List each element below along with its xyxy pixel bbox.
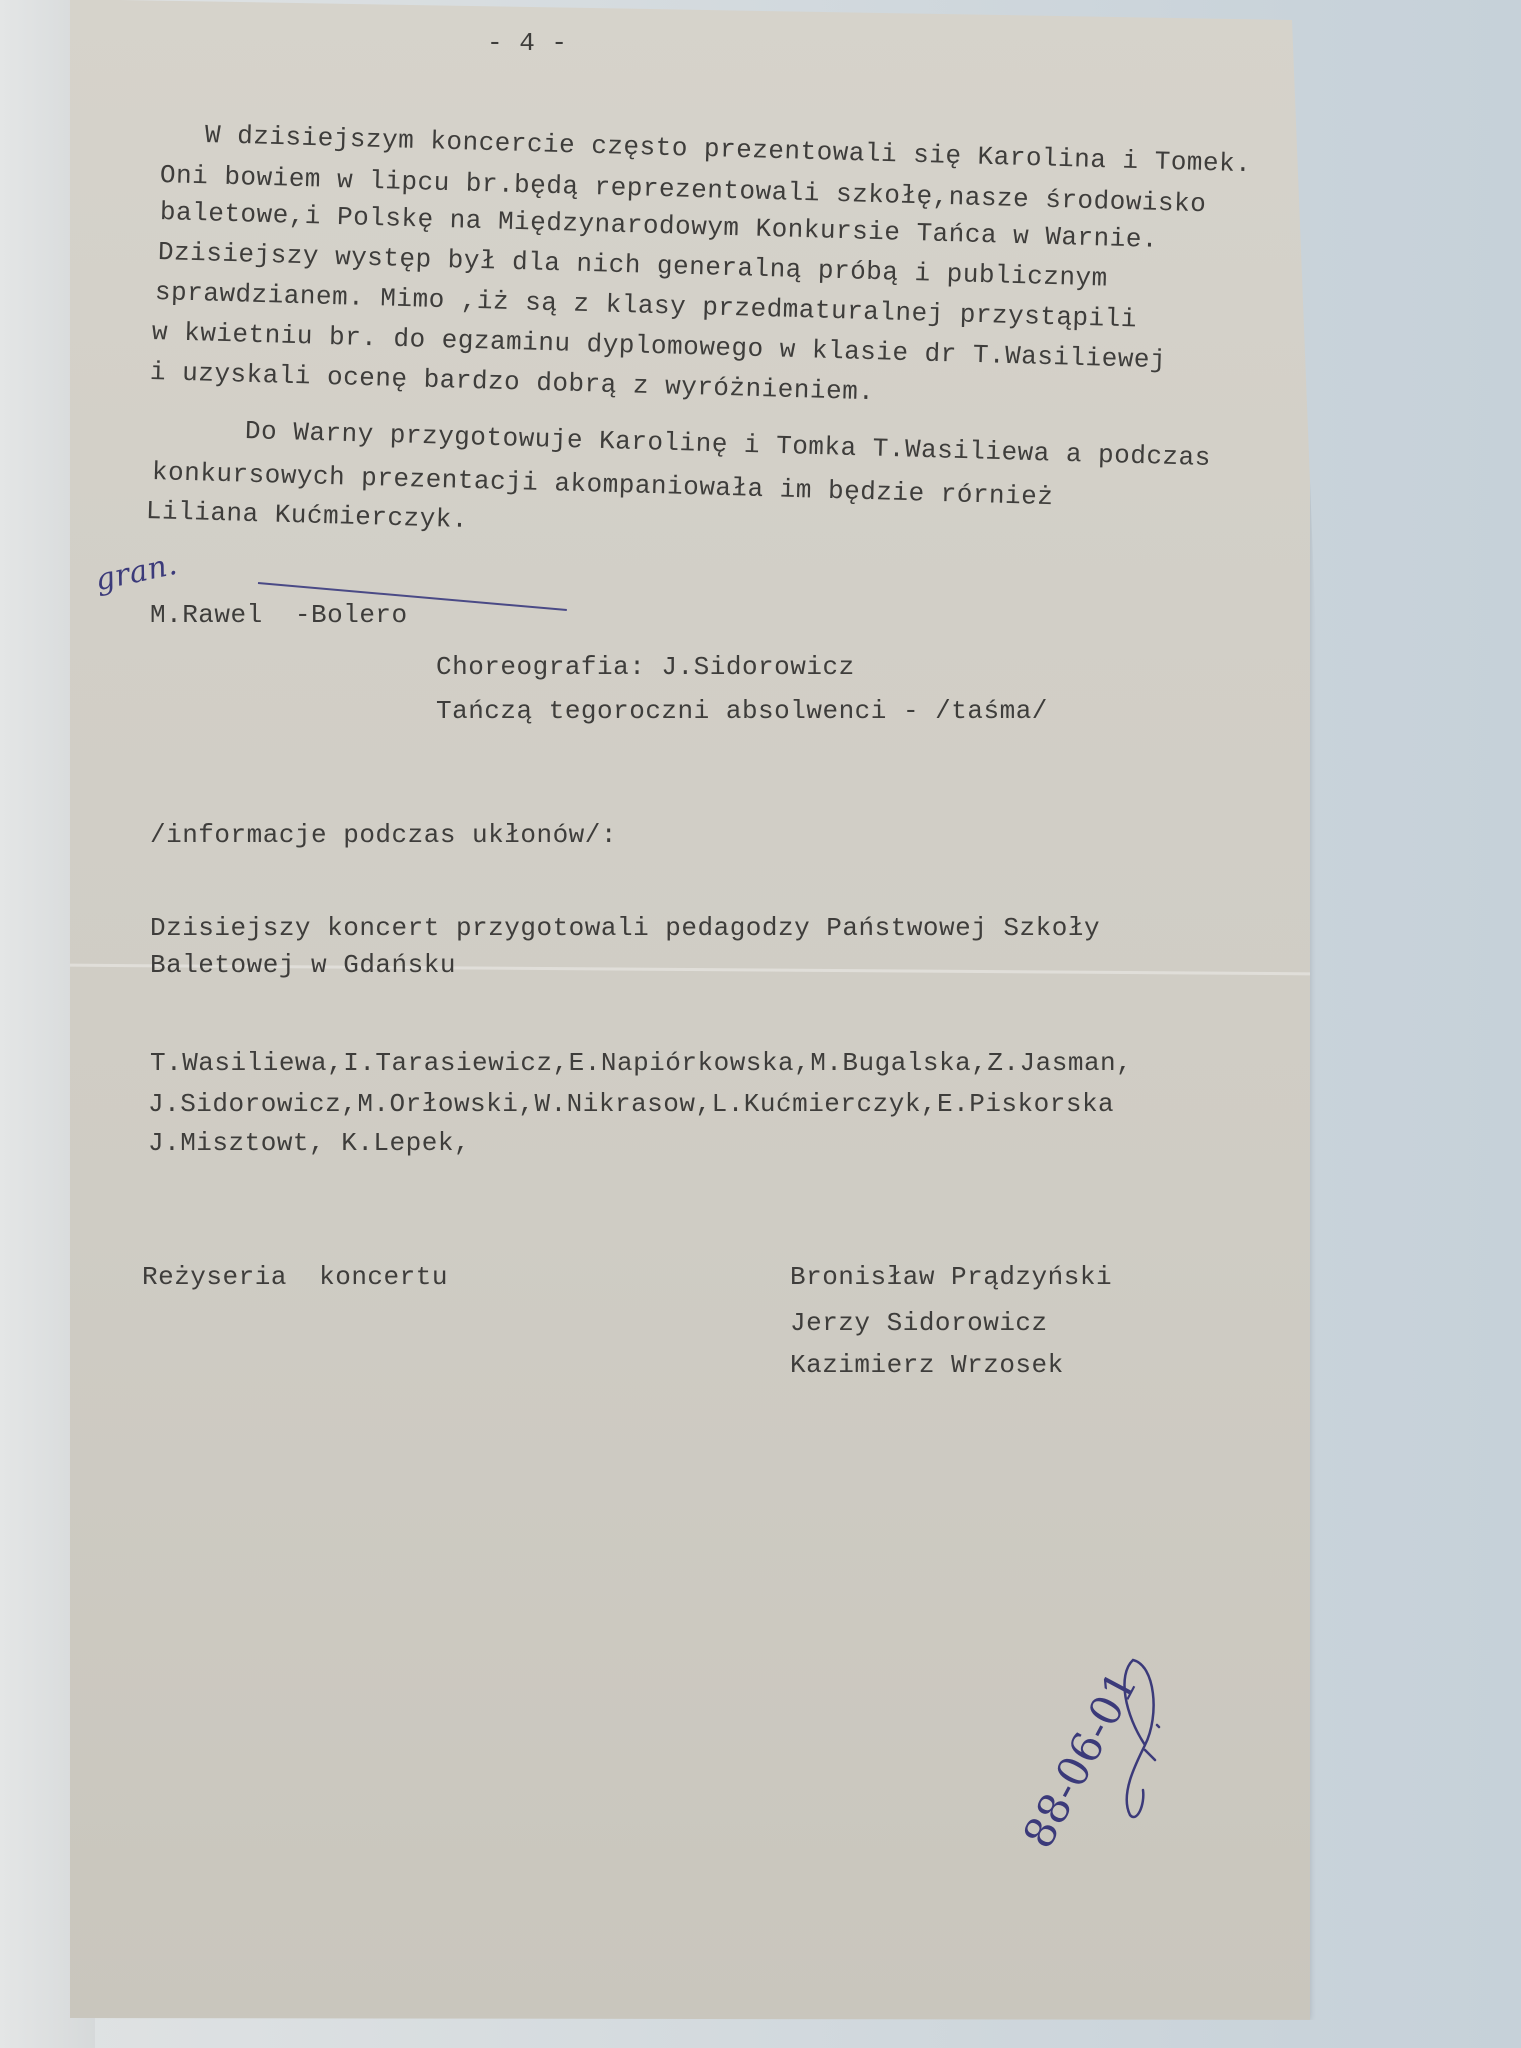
text-line: i uzyskali ocenę bardzo dobrą z wyróżnie… xyxy=(150,357,875,407)
typewritten-document: - 4 - W dzisiejszym koncercie często pre… xyxy=(0,0,1521,2048)
staff-list-line: J.Sidorowicz,M.Orłowski,W.Nikrasow,L.Kuć… xyxy=(148,1089,1114,1119)
program-choreography: Choreografia: J.Sidorowicz xyxy=(436,652,855,682)
direction-label: Reżyseria koncertu xyxy=(142,1262,448,1292)
text-line: Baletowej w Gdańsku xyxy=(150,950,456,980)
director-name: Bronisław Prądzyński xyxy=(790,1262,1112,1292)
text-line: Liliana Kućmierczyk. xyxy=(146,496,469,535)
text-line: Dzisiejszy koncert przygotowali pedagodz… xyxy=(150,913,1100,943)
handwritten-note: gran. xyxy=(92,547,180,598)
staff-list-line: T.Wasiliewa,I.Tarasiewicz,E.Napiórkowska… xyxy=(150,1048,1132,1078)
program-performers: Tańczą tegoroczni absolwenci - /taśma/ xyxy=(436,696,1048,726)
page-number: - 4 - xyxy=(487,28,568,58)
director-name: Jerzy Sidorowicz xyxy=(790,1308,1048,1338)
director-name: Kazimierz Wrzosek xyxy=(790,1350,1064,1380)
bows-info-heading: /informacje podczas ukłonów/: xyxy=(150,820,617,850)
staff-list-line: J.Misztowt, K.Lepek, xyxy=(148,1128,470,1158)
program-music: M.Rawel -Bolero xyxy=(150,600,408,630)
